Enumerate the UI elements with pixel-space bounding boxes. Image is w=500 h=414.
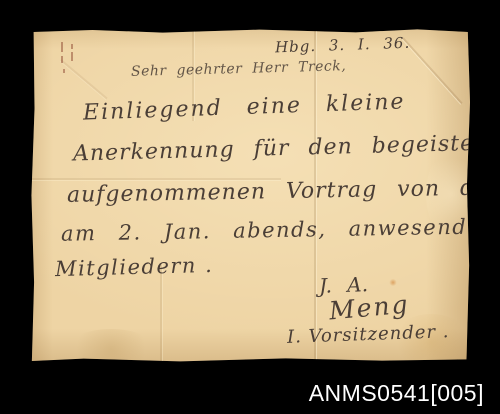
paper-crease-vertical xyxy=(160,264,162,362)
paper-stain xyxy=(66,329,156,369)
letter-body-line: am 2. Jan. abends, anwesenden xyxy=(61,216,497,245)
letter-body-line: Anerkennung für den begeistert xyxy=(73,132,496,165)
letter-body-line: Einliegend eine kleine xyxy=(83,91,406,124)
paper-stain xyxy=(389,279,397,286)
archive-catalogue-caption: ANMS0541[005] xyxy=(309,380,484,407)
letter-paper: Hbg. 3. I. 36. Sehr geehrter Herr Treck,… xyxy=(31,29,470,362)
paper-crease-diagonal xyxy=(402,37,462,104)
letter-body-line: aufgenommenen Vortrag von den xyxy=(67,177,500,207)
letter-salutation: Sehr geehrter Herr Treck, xyxy=(131,59,347,79)
letter-signature: Meng xyxy=(328,292,410,324)
letter-signature-role: I. Vorsitzender . xyxy=(287,323,450,347)
archive-photo: Hbg. 3. I. 36. Sehr geehrter Herr Treck,… xyxy=(0,0,500,414)
bleed-through-marks xyxy=(61,42,77,76)
letter-dateline: Hbg. 3. I. 36. xyxy=(275,36,411,56)
letter-body-line: Mitgliedern . xyxy=(55,255,214,280)
